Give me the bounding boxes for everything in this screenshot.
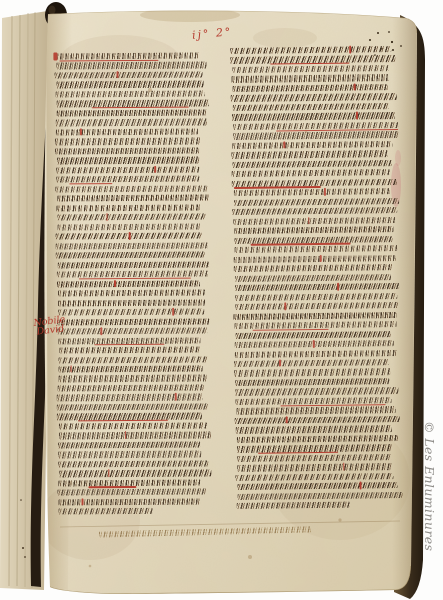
red-paragraph-mark bbox=[308, 217, 310, 225]
red-paragraph-mark bbox=[324, 188, 326, 196]
script-line bbox=[230, 56, 395, 64]
script-line bbox=[57, 261, 208, 268]
red-paragraph-mark bbox=[356, 112, 358, 120]
red-underline bbox=[258, 452, 338, 454]
script-line bbox=[56, 128, 198, 135]
script-line bbox=[238, 463, 393, 471]
script-line bbox=[234, 359, 389, 367]
red-paragraph-mark bbox=[108, 469, 110, 477]
red-paragraph-mark bbox=[125, 431, 127, 439]
red-paragraph-mark bbox=[175, 393, 177, 401]
script-line bbox=[237, 502, 350, 510]
script-line bbox=[237, 435, 399, 443]
script-line bbox=[58, 356, 207, 363]
script-line bbox=[55, 71, 203, 78]
script-line bbox=[235, 245, 398, 253]
script-line bbox=[57, 413, 202, 420]
red-paragraph-mark bbox=[284, 302, 286, 310]
script-line bbox=[235, 331, 391, 339]
script-line bbox=[58, 375, 206, 382]
script-line bbox=[232, 207, 397, 215]
red-paragraph-mark bbox=[100, 327, 102, 335]
script-line bbox=[56, 185, 208, 192]
script-line bbox=[236, 406, 395, 414]
script-line bbox=[57, 403, 208, 410]
script-line bbox=[236, 387, 399, 395]
script-line bbox=[236, 397, 392, 405]
red-underline bbox=[88, 486, 136, 488]
red-underline bbox=[92, 107, 189, 109]
red-paragraph-mark bbox=[337, 283, 339, 291]
script-line bbox=[232, 179, 397, 187]
script-line bbox=[59, 432, 211, 439]
script-line bbox=[235, 236, 393, 244]
script-line bbox=[234, 369, 390, 377]
script-line bbox=[235, 302, 398, 310]
script-line bbox=[57, 100, 209, 107]
script-line bbox=[234, 340, 394, 348]
script-line bbox=[58, 460, 208, 467]
script-line bbox=[55, 53, 199, 60]
script-line bbox=[57, 62, 207, 69]
script-line bbox=[232, 112, 395, 120]
text-column-left bbox=[54, 52, 209, 518]
script-line bbox=[59, 451, 202, 458]
red-paragraph-mark bbox=[359, 482, 361, 490]
script-line bbox=[58, 337, 200, 344]
red-underline bbox=[79, 277, 191, 279]
red-paragraph-mark bbox=[117, 71, 119, 79]
script-line bbox=[232, 169, 390, 177]
script-line bbox=[233, 122, 398, 130]
red-underline bbox=[69, 183, 112, 184]
red-paragraph-mark bbox=[283, 141, 285, 149]
script-line bbox=[57, 109, 207, 116]
script-line bbox=[235, 283, 399, 291]
script-line bbox=[58, 489, 207, 496]
script-line bbox=[233, 103, 389, 111]
script-line bbox=[234, 188, 390, 196]
script-line bbox=[231, 93, 397, 101]
red-paragraph-mark bbox=[349, 46, 351, 54]
red-paragraph-mark bbox=[114, 280, 116, 288]
script-line bbox=[57, 280, 201, 287]
script-line bbox=[56, 176, 199, 183]
script-line bbox=[59, 479, 200, 486]
script-line bbox=[57, 157, 199, 164]
script-line bbox=[56, 119, 207, 126]
script-line bbox=[56, 204, 201, 211]
script-line bbox=[235, 274, 390, 282]
script-line bbox=[232, 84, 388, 92]
script-line bbox=[59, 498, 200, 505]
red-paragraph-mark bbox=[81, 498, 83, 506]
watermark-text: © Les Enluminures bbox=[422, 421, 437, 551]
script-line bbox=[59, 422, 206, 429]
script-line bbox=[58, 299, 205, 306]
script-line bbox=[58, 508, 152, 515]
marginal-rubric: Nobile David bbox=[33, 315, 67, 337]
script-line bbox=[234, 321, 396, 329]
script-line bbox=[237, 454, 392, 462]
script-line bbox=[235, 350, 398, 358]
red-paragraph-mark bbox=[286, 416, 288, 424]
script-line bbox=[56, 252, 205, 259]
script-line bbox=[235, 425, 391, 433]
script-line bbox=[234, 255, 396, 263]
script-line bbox=[56, 233, 202, 240]
red-underline bbox=[95, 344, 165, 346]
script-line bbox=[233, 160, 392, 168]
script-line bbox=[57, 328, 207, 335]
script-line bbox=[234, 131, 398, 139]
text-column-right bbox=[230, 46, 402, 513]
script-line bbox=[235, 416, 400, 424]
script-line bbox=[238, 492, 403, 500]
script-line bbox=[57, 318, 209, 325]
script-line bbox=[237, 482, 397, 490]
script-line bbox=[59, 470, 211, 477]
script-line bbox=[232, 75, 389, 83]
script-line bbox=[237, 444, 392, 452]
script-line bbox=[236, 293, 398, 301]
script-line bbox=[232, 150, 388, 158]
script-line bbox=[234, 226, 393, 234]
script-line bbox=[55, 147, 199, 154]
red-underline bbox=[234, 186, 322, 188]
script-line bbox=[59, 365, 203, 372]
red-paragraph-mark bbox=[279, 359, 281, 367]
red-paragraph-mark bbox=[155, 166, 157, 174]
script-line bbox=[234, 198, 399, 206]
red-paragraph-mark bbox=[129, 232, 131, 240]
script-line bbox=[235, 473, 393, 481]
script-line bbox=[55, 90, 205, 97]
script-line bbox=[58, 223, 201, 230]
script-line bbox=[58, 441, 200, 448]
script-line bbox=[55, 138, 201, 145]
script-line bbox=[59, 347, 201, 354]
red-initial bbox=[53, 52, 57, 61]
script-line bbox=[58, 309, 204, 316]
red-underline bbox=[77, 420, 167, 422]
red-paragraph-mark bbox=[172, 308, 174, 316]
script-line bbox=[235, 378, 389, 386]
script-line bbox=[234, 312, 397, 320]
script-line bbox=[57, 81, 204, 88]
script-line bbox=[234, 264, 393, 272]
red-underline bbox=[59, 59, 159, 61]
red-paragraph-mark bbox=[354, 83, 356, 91]
script-line bbox=[56, 271, 207, 278]
script-line bbox=[232, 141, 393, 149]
red-paragraph-mark bbox=[70, 365, 72, 373]
script-line bbox=[57, 394, 203, 401]
manuscript-photo: ij° 2° Nobile David © Les Enluminures bbox=[0, 0, 443, 600]
script-line bbox=[58, 290, 205, 297]
script-line bbox=[233, 217, 395, 225]
red-paragraph-mark bbox=[80, 128, 82, 136]
red-underline bbox=[252, 329, 328, 331]
script-line bbox=[58, 214, 206, 221]
script-line bbox=[233, 65, 389, 73]
script-line bbox=[57, 166, 199, 173]
red-paragraph-mark bbox=[320, 255, 322, 263]
script-line bbox=[57, 384, 203, 391]
script-line bbox=[58, 195, 209, 202]
script-line bbox=[231, 46, 391, 54]
red-paragraph-mark bbox=[106, 213, 108, 221]
red-underline bbox=[270, 63, 349, 65]
red-paragraph-mark bbox=[313, 340, 315, 348]
red-paragraph-mark bbox=[343, 463, 345, 471]
script-line bbox=[56, 242, 208, 249]
